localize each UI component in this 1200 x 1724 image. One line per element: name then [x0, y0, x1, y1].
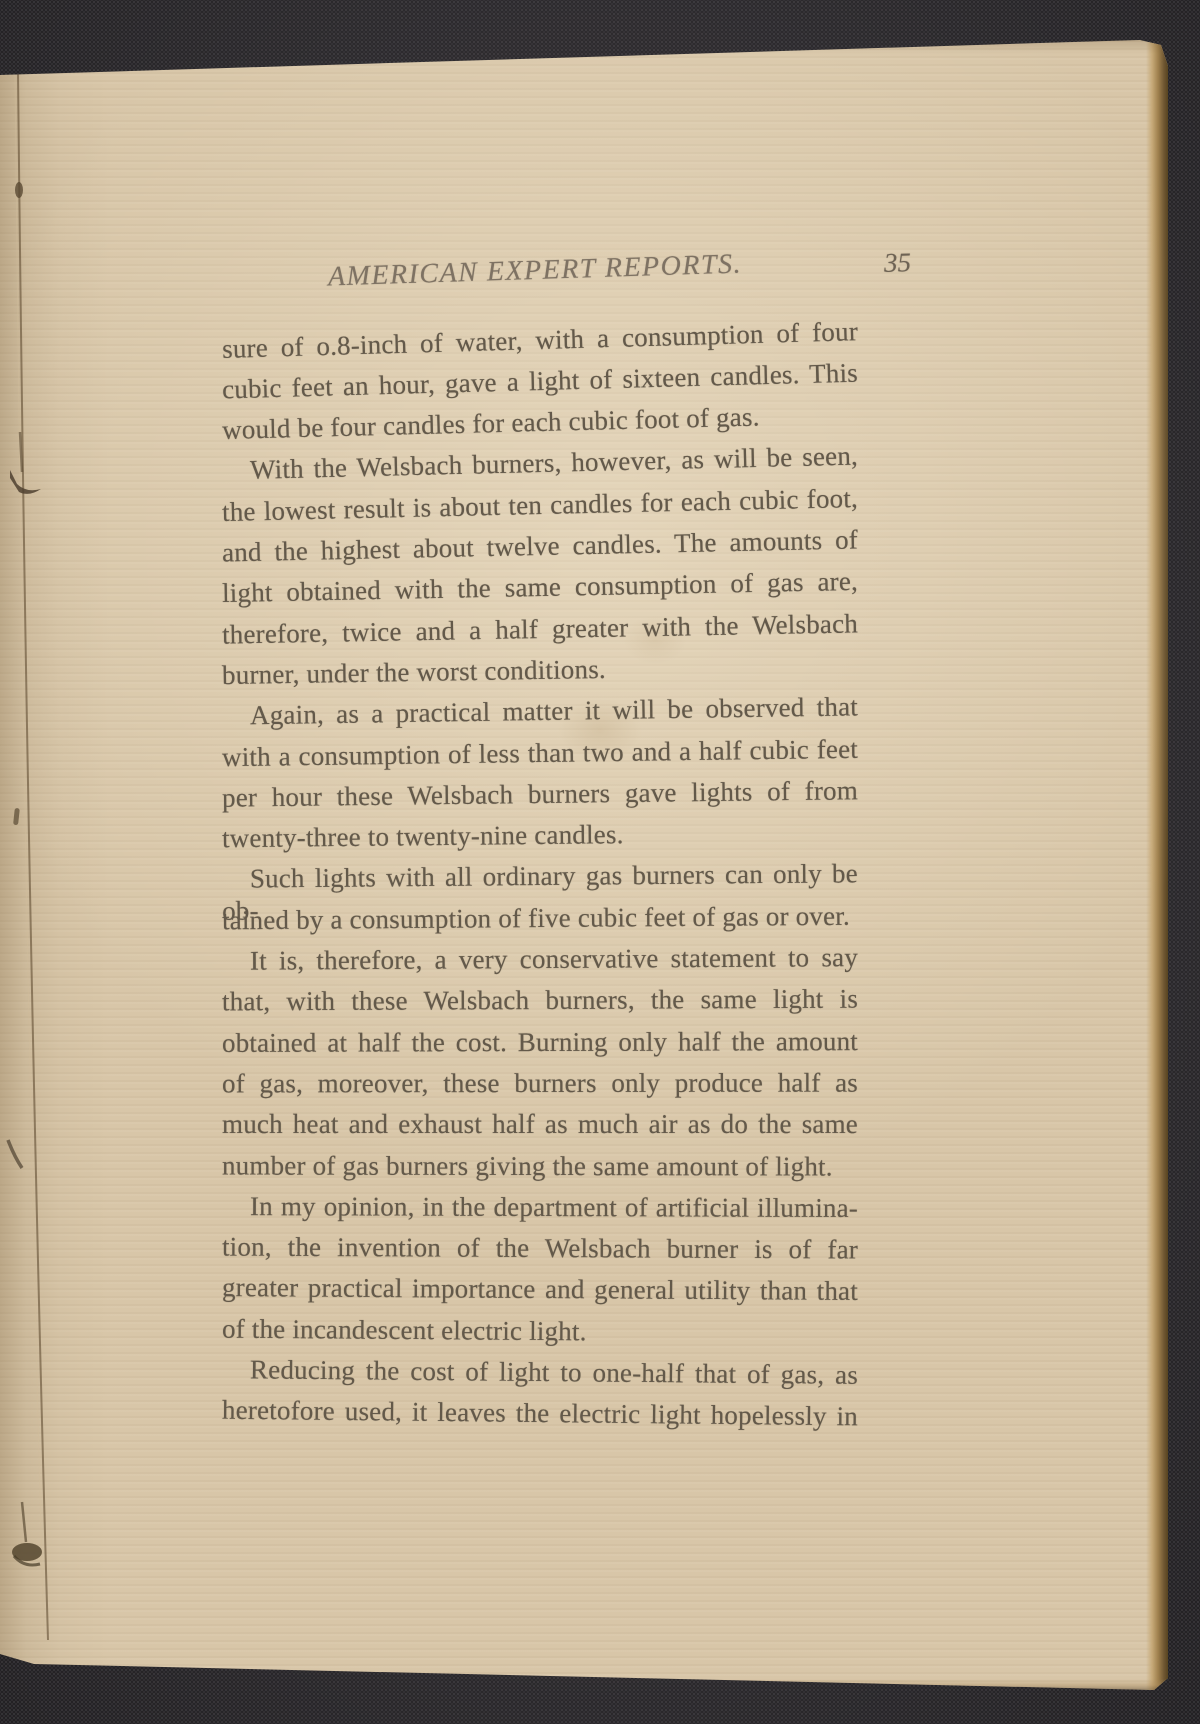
book-photo: { "header": { "title": "AMERICAN EXPERT … — [0, 0, 1200, 1724]
text-line: the lowest result is about ten candles f… — [222, 482, 859, 528]
text-line: Again, as a practical matter it will be … — [222, 691, 858, 732]
text-line: would be four candles for each cubic foo… — [222, 398, 859, 446]
text-line: With the Welsbach burners, however, as w… — [222, 440, 859, 487]
text-line: obtained at half the cost. Burning only … — [222, 1025, 858, 1059]
text-line: twenty-three to twenty-nine candles. — [222, 816, 858, 854]
text-line: burner, under the worst conditions. — [222, 649, 858, 691]
text-line: number of gas burners giving the same am… — [222, 1149, 858, 1182]
text-line: In my opinion, in the department of arti… — [222, 1190, 858, 1224]
book-page: AMERICAN EXPERT REPORTS. 35 sure of o.8-… — [0, 40, 1168, 1690]
text-line: with a consumption of less than two and … — [222, 732, 858, 772]
text-line: much heat and exhaust half as much air a… — [222, 1108, 858, 1140]
text-line: It is, therefore, a very conservative st… — [222, 941, 858, 977]
text-line: per hour these Welsbach burners gave lig… — [222, 774, 858, 813]
text-line: that, with these Welsbach burners, the s… — [222, 983, 858, 1018]
text-line: heretofore used, it leaves the electric … — [222, 1394, 858, 1433]
text-line: cubic feet an hour, gave a light of sixt… — [222, 356, 859, 405]
text-line: of the incandescent electric light. — [222, 1312, 858, 1349]
page-text: sure of o.8-inch of water, with a consum… — [0, 40, 1168, 1690]
text-line: tion, the invention of the Welsbach burn… — [222, 1231, 858, 1266]
text-line: and the highest about twelve candles. Th… — [222, 523, 859, 568]
text-line: therefore, twice and a half greater with… — [222, 607, 858, 650]
text-line: of gas, moreover, these burners only pro… — [222, 1066, 858, 1099]
text-line: light obtained with the same consumption… — [222, 565, 858, 609]
text-line: Reducing the cost of light to one-half t… — [222, 1353, 858, 1391]
text-line: greater practical importance and general… — [222, 1271, 858, 1307]
text-line: sure of o.8-inch of water, with a consum… — [222, 315, 859, 365]
text-line: tained by a consumption of five cubic fe… — [222, 899, 858, 936]
